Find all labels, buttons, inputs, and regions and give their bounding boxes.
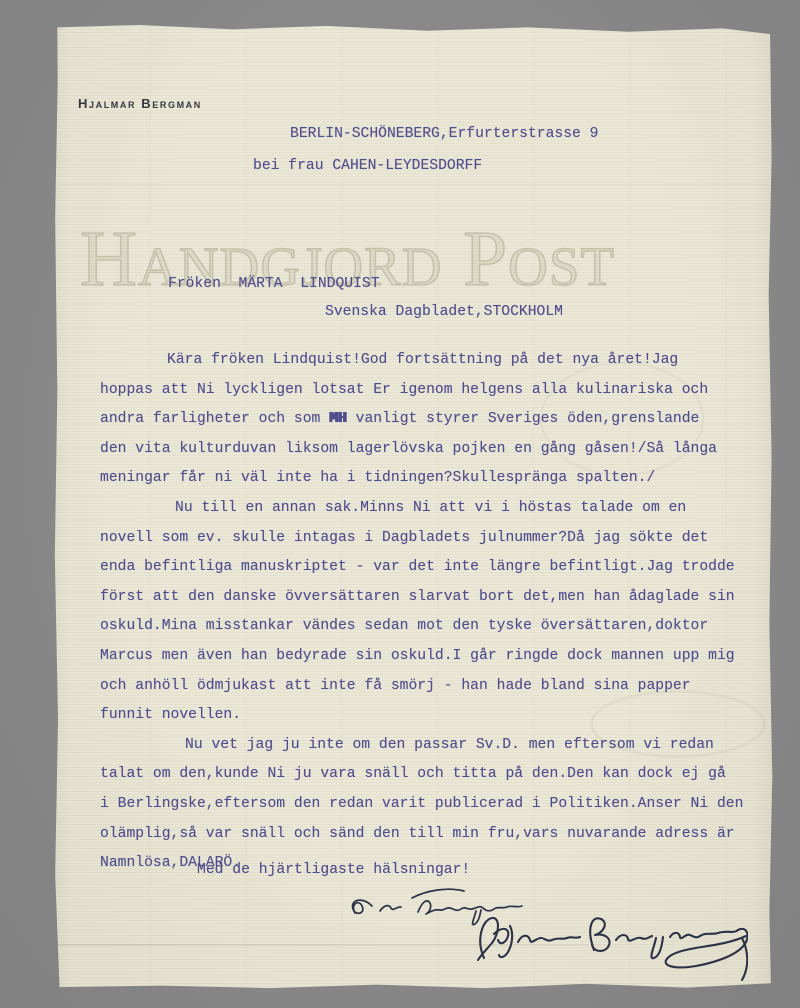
letter-body: Kära fröken Lindquist!God fortsättning p…: [100, 346, 760, 879]
typed-line: oskuld.Mina misstankar vändes sedan mot …: [100, 612, 760, 642]
typed-line: talat om den,kunde Ni ju vara snäll och …: [100, 760, 760, 790]
typed-line: hoppas att Ni lyckligen lotsat Er igenom…: [100, 376, 760, 406]
typed-line: Nu till en annan sak.Minns Ni att vi i h…: [100, 494, 760, 524]
sender-address-line-2: bei frau CAHEN-LEYDESDORFF: [253, 158, 482, 174]
sender-address-line-1: BERLIN-SCHÖNEBERG,Erfurterstrasse 9: [290, 126, 599, 142]
faint-crease-line: [58, 184, 768, 185]
typed-line: först att den danske övversättaren slarv…: [100, 583, 760, 613]
typed-line: den vita kulturduvan liksom lagerlövska …: [100, 435, 760, 465]
typed-line: olämplig,så var snäll och sänd den till …: [100, 820, 760, 850]
typed-line: Nu vet jag ju inte om den passar Sv.D. m…: [100, 731, 760, 761]
typed-line: meningar får ni väl inte ha i tidningen?…: [100, 464, 760, 494]
typed-line: andra farligheter och som MH vanligt sty…: [100, 405, 760, 435]
recipient-line-2: Svenska Dagbladet,STOCKHOLM: [325, 304, 563, 320]
typed-line: Kära fröken Lindquist!God fortsättning p…: [100, 346, 760, 376]
letterhead-name: Hjalmar Bergman: [78, 96, 202, 111]
typed-line: funnit novellen.: [100, 701, 760, 731]
recipient-line-1: Fröken MÄRTA LINDQUIST: [168, 276, 380, 292]
signature-name: [478, 918, 748, 980]
letter-paper: Hjalmar Bergman BERLIN-SCHÖNEBERG,Erfurt…: [53, 24, 773, 990]
typed-line: och anhöll ödmjukast att inte få smörj -…: [100, 672, 760, 702]
typed-line: enda befintliga manuskriptet - var det i…: [100, 553, 760, 583]
signature-block: [268, 866, 748, 1006]
fold-crease-line: [58, 944, 668, 946]
typed-line: novell som ev. skulle intagas i Dagblade…: [100, 524, 760, 554]
typed-line: Marcus men även han bedyrade sin oskuld.…: [100, 642, 760, 672]
typed-line: i Berlingske,eftersom den redan varit pu…: [100, 790, 760, 820]
